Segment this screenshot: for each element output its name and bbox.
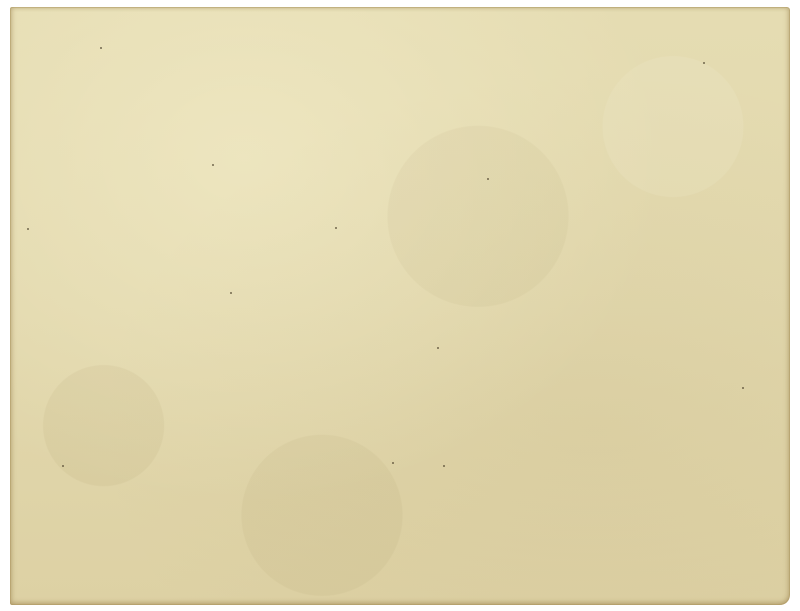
aged-paper-sheet [10, 7, 790, 605]
paper-speck [230, 292, 232, 294]
paper-speck [392, 462, 394, 464]
paper-speck [27, 228, 29, 230]
paper-speck [335, 227, 337, 229]
paper-speck [62, 465, 64, 467]
paper-speck [742, 387, 744, 389]
scene [0, 0, 800, 611]
paper-speck [443, 465, 445, 467]
paper-speck [703, 62, 705, 64]
paper-speck [100, 47, 102, 49]
paper-speck [212, 164, 214, 166]
paper-speck [437, 347, 439, 349]
paper-speck [487, 178, 489, 180]
